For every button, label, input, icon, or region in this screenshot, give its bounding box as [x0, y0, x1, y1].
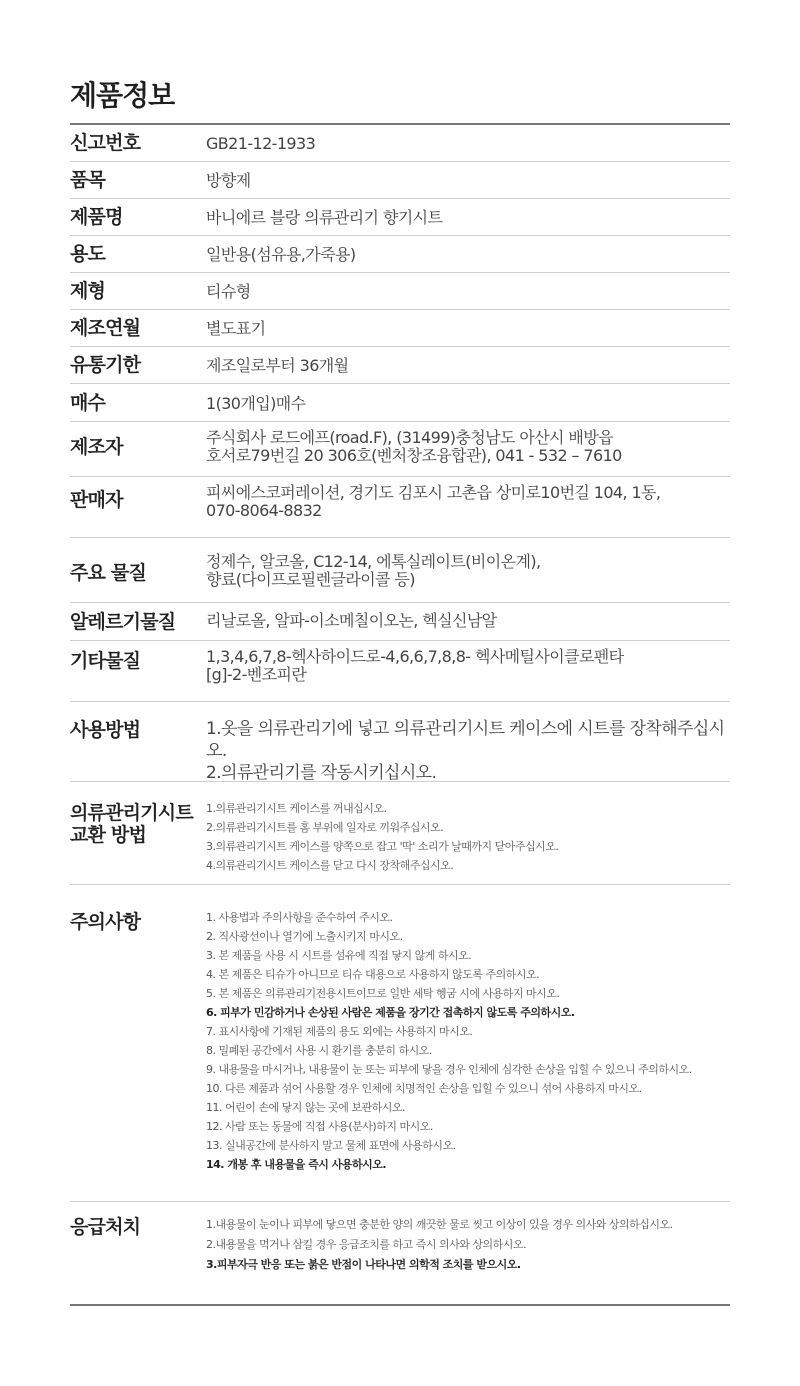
- list-item: 1.의류관리기시트 케이스를 꺼내십시오.: [206, 799, 730, 818]
- list-item: 9. 내용물을 마시거나, 내용물이 눈 또는 피부에 닿을 경우 인체에 심각…: [206, 1060, 730, 1079]
- page-title: 제품정보: [70, 74, 174, 114]
- row-value: 바니에르 블랑 의류관리기 향기시트: [206, 209, 730, 227]
- list-item: 1.내용물이 눈이나 피부에 닿으면 충분한 양의 깨끗한 물로 씻고 이상이 …: [206, 1215, 730, 1235]
- section-label: 주의사항: [70, 911, 140, 933]
- row-label: 품목: [70, 169, 105, 191]
- row-label: 알레르기물질: [70, 611, 175, 633]
- row-manufacture-date: 제조연월 별도표기: [70, 310, 730, 347]
- row-expiry: 유통기한 제조일로부터 36개월: [70, 347, 730, 384]
- row-label: 제형: [70, 280, 105, 302]
- row-other-ingredients: 기타물질 1,3,4,6,7,8-헥사하이드로-4,6,6,7,8,8- 헥사메…: [70, 641, 730, 702]
- row-label: 주요 물질: [70, 562, 146, 584]
- row-main-ingredients: 주요 물질 정제수, 알코올, C12-14, 에톡실레이트(비이온계), 향료…: [70, 538, 730, 603]
- row-allergens: 알레르기물질 리날로올, 알파-이소메칠이오논, 헥실신남알: [70, 603, 730, 641]
- section-label: 의류관리기시트 교환 방법: [70, 802, 193, 846]
- value-line: [g]-2-벤조피란: [206, 666, 730, 684]
- row-usage: 용도 일반용(섬유용,가죽용): [70, 236, 730, 273]
- value-line: 향료(다이프로필렌글라이콜 등): [206, 571, 730, 589]
- list-item: 2.내용물을 먹거나 삼킬 경우 응급조치를 하고 즉시 의사와 상의하시오.: [206, 1235, 730, 1255]
- section-first-aid: 응급처치 1.내용물이 눈이나 피부에 닿으면 충분한 양의 깨끗한 물로 씻고…: [70, 1202, 730, 1304]
- value-line: 호서로79번길 20 306호(벤처창조융합관), 041 - 532 – 76…: [206, 447, 730, 465]
- row-report-number: 신고번호 GB21-12-1933: [70, 125, 730, 162]
- row-label: 매수: [70, 392, 105, 414]
- value-line: 피씨에스코퍼레이션, 경기도 김포시 고촌읍 상미로10번길 104, 1동,: [206, 484, 730, 502]
- value-line: 정제수, 알코올, C12-14, 에톡실레이트(비이온계),: [206, 553, 730, 571]
- row-label: 제조연월: [70, 317, 140, 339]
- list-item: 4.의류관리기시트 케이스를 닫고 다시 장착해주십시오.: [206, 856, 730, 875]
- row-label: 기타물질: [70, 650, 140, 672]
- list-item: 13. 실내공간에 분사하지 말고 물체 표면에 사용하시오.: [206, 1136, 730, 1155]
- list-item: 2.의류관리기시트를 홈 부위에 일자로 끼워주십시오.: [206, 818, 730, 837]
- row-manufacturer: 제조자 주식회사 로드에프(road.F), (31499)충청남도 아산시 배…: [70, 422, 730, 477]
- row-value: 1,3,4,6,7,8-헥사하이드로-4,6,6,7,8,8- 헥사메틸사이클로…: [206, 648, 730, 684]
- label-line: 의류관리기시트: [70, 802, 193, 824]
- row-value: 피씨에스코퍼레이션, 경기도 김포시 고촌읍 상미로10번길 104, 1동, …: [206, 484, 730, 520]
- list-item: 4. 본 제품은 티슈가 아니므로 티슈 대용으로 사용하지 않도록 주의하시오…: [206, 965, 730, 984]
- section-caution: 주의사항 1. 사용법과 주의사항을 준수하여 주시오. 2. 직사광선이나 열…: [70, 885, 730, 1202]
- row-value: 티슈형: [206, 283, 730, 301]
- exchange-list: 1.의류관리기시트 케이스를 꺼내십시오. 2.의류관리기시트를 홈 부위에 일…: [206, 799, 730, 875]
- row-value: 주식회사 로드에프(road.F), (31499)충청남도 아산시 배방읍 호…: [206, 429, 730, 465]
- list-item: 3.의류관리기시트 케이스를 양쪽으로 잡고 '딱' 소리가 날때까지 닫아주십…: [206, 837, 730, 856]
- list-item: 7. 표시사항에 기재된 제품의 용도 외에는 사용하지 마시오.: [206, 1022, 730, 1041]
- row-value: 정제수, 알코올, C12-14, 에톡실레이트(비이온계), 향료(다이프로필…: [206, 553, 730, 589]
- row-value: 1(30개입)매수: [206, 395, 730, 413]
- row-label: 제조자: [70, 436, 123, 458]
- value-line: 1.옷을 의류관리기에 넣고 의류관리기시트 케이스에 시트를 장착해주십시오.: [206, 718, 730, 762]
- row-product-name: 제품명 바니에르 블랑 의류관리기 향기시트: [70, 199, 730, 236]
- list-item: 10. 다른 제품과 섞어 사용할 경우 인체에 치명적인 손상을 입힐 수 있…: [206, 1079, 730, 1098]
- row-label: 판매자: [70, 489, 123, 511]
- row-value: 1.옷을 의류관리기에 넣고 의류관리기시트 케이스에 시트를 장착해주십시오.…: [206, 718, 730, 784]
- row-value: 일반용(섬유용,가죽용): [206, 246, 730, 264]
- row-value: GB21-12-1933: [206, 135, 730, 153]
- list-item-emphasized: 3.피부자극 반응 또는 붉은 반점이 나타나면 의학적 조치를 받으시오.: [206, 1255, 730, 1275]
- value-line: 1,3,4,6,7,8-헥사하이드로-4,6,6,7,8,8- 헥사메틸사이클로…: [206, 648, 730, 666]
- row-value: 리날로올, 알파-이소메칠이오논, 헥실신남알: [206, 612, 730, 630]
- label-line: 교환 방법: [70, 824, 193, 846]
- section-label: 응급처치: [70, 1216, 140, 1238]
- first-aid-list: 1.내용물이 눈이나 피부에 닿으면 충분한 양의 깨끗한 물로 씻고 이상이 …: [206, 1215, 730, 1275]
- row-label: 용도: [70, 243, 105, 265]
- row-label: 유통기한: [70, 354, 140, 376]
- list-item-emphasized: 14. 개봉 후 내용물을 즉시 사용하시오.: [206, 1155, 730, 1174]
- bottom-divider: [70, 1304, 730, 1306]
- list-item: 1. 사용법과 주의사항을 준수하여 주시오.: [206, 908, 730, 927]
- row-formulation: 제형 티슈형: [70, 273, 730, 310]
- section-sheet-exchange: 의류관리기시트 교환 방법 1.의류관리기시트 케이스를 꺼내십시오. 2.의류…: [70, 782, 730, 885]
- value-line: 070-8064-8832: [206, 502, 730, 520]
- row-value: 방향제: [206, 172, 730, 190]
- caution-list: 1. 사용법과 주의사항을 준수하여 주시오. 2. 직사광선이나 열기에 노출…: [206, 908, 730, 1174]
- list-item: 3. 본 제품을 사용 시 시트를 섬유에 직접 닿지 않게 하시오.: [206, 946, 730, 965]
- list-item: 5. 본 제품은 의류관리기전용시트이므로 일반 세탁 헹굼 시에 사용하지 마…: [206, 984, 730, 1003]
- value-line: 주식회사 로드에프(road.F), (31499)충청남도 아산시 배방읍: [206, 429, 730, 447]
- row-value: 제조일로부터 36개월: [206, 357, 730, 375]
- row-value: 별도표기: [206, 320, 730, 338]
- row-how-to-use: 사용방법 1.옷을 의류관리기에 넣고 의류관리기시트 케이스에 시트를 장착해…: [70, 702, 730, 782]
- list-item: 11. 어린이 손에 닿지 않는 곳에 보관하시오.: [206, 1098, 730, 1117]
- list-item: 12. 사람 또는 동물에 직접 사용(분사)하지 마시오.: [206, 1117, 730, 1136]
- list-item: 8. 밀폐된 공간에서 사용 시 환기를 충분히 하시오.: [206, 1041, 730, 1060]
- row-label: 제품명: [70, 206, 123, 228]
- value-line: 2.의류관리기를 작동시키십시오.: [206, 762, 730, 784]
- list-item: 2. 직사광선이나 열기에 노출시키지 마시오.: [206, 927, 730, 946]
- row-item-type: 품목 방향제: [70, 162, 730, 199]
- row-label: 신고번호: [70, 132, 140, 154]
- list-item-emphasized: 6. 피부가 민감하거나 손상된 사람은 제품을 장기간 접촉하지 않도록 주의…: [206, 1003, 730, 1022]
- row-sheet-count: 매수 1(30개입)매수: [70, 384, 730, 422]
- row-seller: 판매자 피씨에스코퍼레이션, 경기도 김포시 고촌읍 상미로10번길 104, …: [70, 477, 730, 538]
- row-label: 사용방법: [70, 719, 140, 741]
